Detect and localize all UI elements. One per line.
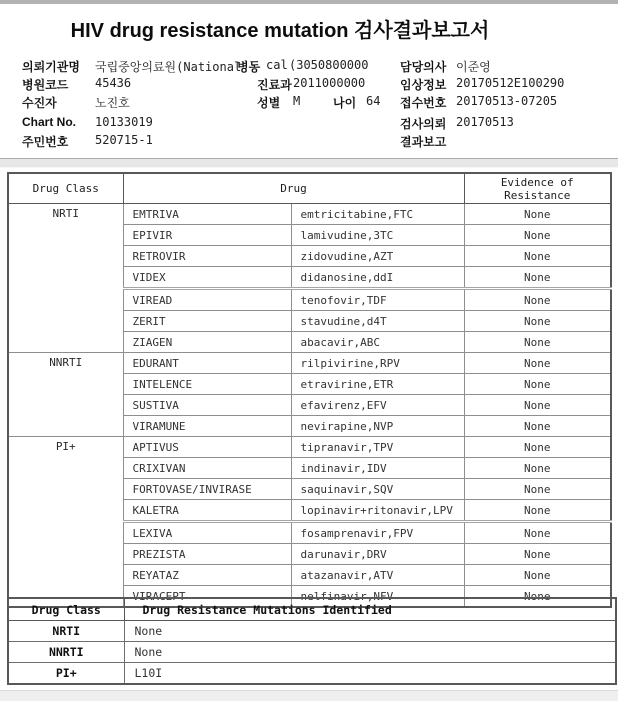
section-divider xyxy=(0,158,618,168)
receipt-no-label: 접수번호 xyxy=(400,94,446,111)
drug-class-cell: NRTI xyxy=(8,621,124,642)
drug-brand-cell: VIREAD xyxy=(123,289,291,311)
test-request-date-value: 20170513 xyxy=(456,115,514,129)
drug-generic-cell: rilpivirine,RPV xyxy=(291,353,464,374)
evidence-cell: None xyxy=(464,500,611,522)
drug-generic-cell: abacavir,ABC xyxy=(291,332,464,353)
drug-brand-cell: ZIAGEN xyxy=(123,332,291,353)
test-request-date-label: 검사의뢰 xyxy=(400,115,446,132)
ward-label: 병동 xyxy=(237,58,260,75)
drug-generic-cell: atazanavir,ATV xyxy=(291,565,464,586)
drug-brand-cell: LEXIVA xyxy=(123,522,291,544)
drug-generic-cell: zidovudine,AZT xyxy=(291,246,464,267)
sex-value: M xyxy=(293,94,300,108)
drug-generic-cell: indinavir,IDV xyxy=(291,458,464,479)
resistance-table-header-row: Drug Class Drug Evidence of Resistance xyxy=(8,173,611,204)
drug-brand-cell: VIRAMUNE xyxy=(123,416,291,437)
mutations-cell: None xyxy=(124,642,616,663)
resident-id-label: 주민번호 xyxy=(22,133,68,150)
drug-generic-cell: tenofovir,TDF xyxy=(291,289,464,311)
resident-id-value: 520715-1 xyxy=(95,133,153,147)
evidence-cell: None xyxy=(464,416,611,437)
drug-generic-cell: saquinavir,SQV xyxy=(291,479,464,500)
receipt-no-value: 20170513-07205 xyxy=(456,94,557,108)
clinical-info-label: 임상정보 xyxy=(400,76,446,93)
drug-row: NNRTIEDURANTrilpivirine,RPVNone xyxy=(8,353,611,374)
chart-no-value: 10133019 xyxy=(95,115,153,129)
drug-generic-cell: lopinavir+ritonavir,LPV xyxy=(291,500,464,522)
col-header-drug-class: Drug Class xyxy=(8,598,124,621)
drug-brand-cell: EPIVIR xyxy=(123,225,291,246)
drug-generic-cell: etravirine,ETR xyxy=(291,374,464,395)
mutations-cell: None xyxy=(124,621,616,642)
page-bottom-edge xyxy=(0,690,618,701)
col-header-evidence: Evidence of Resistance xyxy=(464,173,611,204)
drug-class-cell: NRTI xyxy=(8,204,123,353)
mutations-table: Drug Class Drug Resistance Mutations Ide… xyxy=(7,597,617,685)
evidence-cell: None xyxy=(464,458,611,479)
drug-class-cell: NNRTI xyxy=(8,642,124,663)
drug-brand-cell: EMTRIVA xyxy=(123,204,291,225)
result-report-label: 결과보고 xyxy=(400,133,446,150)
age-label: 나이 xyxy=(333,94,356,111)
drug-brand-cell: RETROVIR xyxy=(123,246,291,267)
col-header-drug: Drug xyxy=(123,173,464,204)
patient-name-value: 노진호 xyxy=(95,94,130,111)
sex-label: 성별 xyxy=(257,94,280,111)
drug-brand-cell: INTELENCE xyxy=(123,374,291,395)
drug-brand-cell: KALETRA xyxy=(123,500,291,522)
attending-doctor-value: 이준영 xyxy=(456,58,491,75)
chart-no-label: Chart No. xyxy=(22,115,76,129)
drug-generic-cell: lamivudine,3TC xyxy=(291,225,464,246)
evidence-cell: None xyxy=(464,204,611,225)
drug-generic-cell: didanosine,ddI xyxy=(291,267,464,289)
clinical-info-value: 20170512E100290 xyxy=(456,76,564,90)
ward-value: (3050800000 xyxy=(289,58,368,72)
drug-brand-cell: SUSTIVA xyxy=(123,395,291,416)
patient-name-label: 수진자 xyxy=(22,94,57,111)
col-header-drug-class: Drug Class xyxy=(8,173,123,204)
drug-generic-cell: fosamprenavir,FPV xyxy=(291,522,464,544)
hospital-code-label: 병원코드 xyxy=(22,76,68,93)
mutation-row: NRTINone xyxy=(8,621,616,642)
mutations-table-header-row: Drug Class Drug Resistance Mutations Ide… xyxy=(8,598,616,621)
drug-brand-cell: PREZISTA xyxy=(123,544,291,565)
evidence-cell: None xyxy=(464,395,611,416)
evidence-cell: None xyxy=(464,565,611,586)
drug-class-cell: PI+ xyxy=(8,663,124,685)
drug-row: NRTIEMTRIVAemtricitabine,FTCNone xyxy=(8,204,611,225)
hospital-code-value: 45436 xyxy=(95,76,131,90)
report-page: { "title": "HIV drug resistance mutation… xyxy=(0,0,618,701)
evidence-cell: None xyxy=(464,311,611,332)
age-value: 64 xyxy=(366,94,380,108)
drug-row: PI+APTIVUStipranavir,TPVNone xyxy=(8,437,611,458)
evidence-cell: None xyxy=(464,267,611,289)
requesting-org-label: 의뢰기관명 xyxy=(22,58,80,75)
requesting-org-value: 국립중앙의료원(National xyxy=(95,58,241,75)
drug-brand-cell: EDURANT xyxy=(123,353,291,374)
drug-generic-cell: darunavir,DRV xyxy=(291,544,464,565)
mutation-row: NNRTINone xyxy=(8,642,616,663)
drug-class-cell: NNRTI xyxy=(8,353,123,437)
col-header-mutations: Drug Resistance Mutations Identified xyxy=(124,598,616,621)
ward-overlap-text: cal xyxy=(266,58,288,72)
resistance-table: Drug Class Drug Evidence of Resistance N… xyxy=(7,172,612,608)
drug-brand-cell: VIDEX xyxy=(123,267,291,289)
drug-generic-cell: nevirapine,NVP xyxy=(291,416,464,437)
department-value: 2011000000 xyxy=(293,76,365,90)
evidence-cell: None xyxy=(464,225,611,246)
drug-brand-cell: APTIVUS xyxy=(123,437,291,458)
drug-generic-cell: stavudine,d4T xyxy=(291,311,464,332)
evidence-cell: None xyxy=(464,353,611,374)
drug-generic-cell: efavirenz,EFV xyxy=(291,395,464,416)
drug-brand-cell: FORTOVASE/INVIRASE xyxy=(123,479,291,500)
page-title: HIV drug resistance mutation 검사결과보고서 xyxy=(0,14,560,43)
evidence-cell: None xyxy=(464,479,611,500)
mutations-cell: L10I xyxy=(124,663,616,685)
evidence-cell: None xyxy=(464,246,611,267)
evidence-cell: None xyxy=(464,437,611,458)
mutation-row: PI+L10I xyxy=(8,663,616,685)
drug-class-cell: PI+ xyxy=(8,437,123,608)
evidence-cell: None xyxy=(464,544,611,565)
evidence-cell: None xyxy=(464,289,611,311)
drug-generic-cell: emtricitabine,FTC xyxy=(291,204,464,225)
drug-brand-cell: REYATAZ xyxy=(123,565,291,586)
attending-doctor-label: 담당의사 xyxy=(400,58,446,75)
evidence-cell: None xyxy=(464,332,611,353)
department-label: 진료과 xyxy=(257,76,292,93)
evidence-cell: None xyxy=(464,374,611,395)
window-top-edge xyxy=(0,0,618,4)
drug-brand-cell: CRIXIVAN xyxy=(123,458,291,479)
drug-brand-cell: ZERIT xyxy=(123,311,291,332)
drug-generic-cell: tipranavir,TPV xyxy=(291,437,464,458)
evidence-cell: None xyxy=(464,522,611,544)
